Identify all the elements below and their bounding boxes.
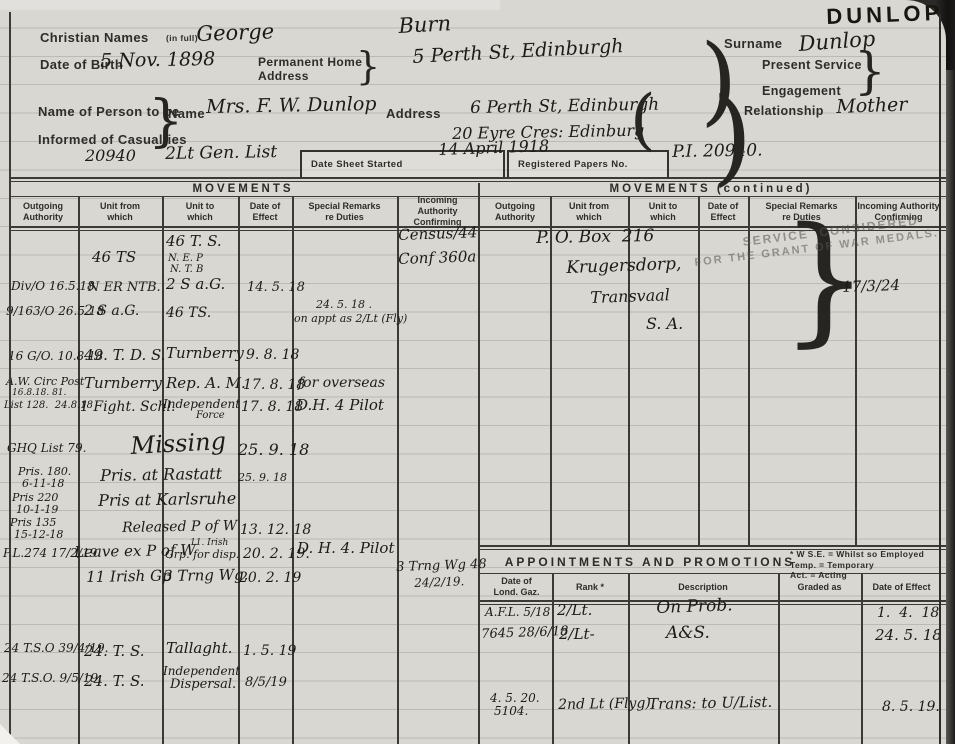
relationship-label: Relationship	[744, 104, 824, 119]
handwritten-entry: 46 TS.	[166, 306, 211, 320]
col-unit-to: Unit to which	[162, 197, 238, 226]
handwritten-entry: Released P of W	[122, 519, 237, 535]
handwritten-entry: 20. 2. 19	[239, 571, 301, 585]
handwritten-entry: Force	[196, 411, 225, 421]
handwritten-entry: N. E. P	[168, 254, 203, 264]
table-divider	[628, 197, 630, 545]
handwritten-entry: 6-11-18	[22, 478, 64, 489]
handwritten-entry: 9. 8. 18	[246, 348, 299, 362]
col-date-lond-gaz: Date of Lond. Gaz.	[481, 574, 552, 600]
handwritten-entry: 2 S a.G.	[84, 304, 139, 318]
handwritten-entry: 17. 8. 18	[241, 400, 303, 414]
record-card: Christian Names (in full) Date of Birth …	[0, 0, 946, 744]
handwritten-entry: N. T. B	[170, 265, 203, 275]
handwritten-entry: Conf 360a	[398, 249, 477, 267]
handwritten-entry: for overseas	[298, 376, 385, 390]
col-unit-from: Unit from which	[550, 197, 628, 226]
handwritten-entry: P. O. Box 216	[536, 228, 654, 247]
christian-names-suffix: (in full)	[166, 33, 198, 43]
handwritten-entry: Missing	[130, 429, 227, 458]
middle-name-value: Burn	[398, 13, 452, 37]
col-outgoing-authority: Outgoing Authority	[8, 197, 78, 226]
handwritten-entry: N ER NTB.	[88, 281, 161, 294]
handwritten-entry: 1. 4. 18	[877, 606, 939, 620]
handwritten-entry: Dispersal.	[170, 678, 236, 691]
table-divider	[778, 573, 780, 744]
handwritten-entry: Tallaght.	[166, 641, 232, 656]
table-divider	[552, 573, 554, 744]
handwritten-entry: GHQ List 79.	[7, 442, 86, 454]
handwritten-entry: 25. 9. 18	[238, 472, 287, 483]
handwritten-entry: 16.8.18. 81.	[12, 389, 66, 398]
movements-title: MOVEMENTS	[8, 183, 478, 195]
surname-block-caps: DUNLOP	[826, 2, 944, 28]
handwritten-entry: 4. 5. 20.	[490, 692, 540, 704]
rule	[480, 545, 946, 547]
nok-address-label: Address	[386, 106, 441, 122]
handwritten-entry: 17. 8. 18	[243, 378, 305, 392]
table-divider	[628, 573, 630, 744]
handwritten-entry: 8. 5. 19.	[882, 700, 940, 714]
handwritten-entry: 2/Lt-	[559, 627, 595, 642]
handwritten-entry: 5104.	[494, 705, 528, 717]
handwritten-entry: On Prob.	[656, 597, 733, 617]
handwritten-entry: Turnberry	[166, 346, 244, 361]
col-rank: Rank *	[552, 574, 628, 600]
handwritten-entry: Pris 135	[10, 517, 56, 528]
handwritten-entry: Independent	[163, 398, 240, 410]
handwritten-entry: on appt as 2/Lt (Fly)	[294, 313, 407, 324]
handwritten-entry: A&S.	[666, 625, 710, 642]
card-left-edge	[9, 12, 11, 744]
dob-value: 5 Nov. 1898	[100, 50, 215, 71]
center-divider	[478, 183, 480, 744]
table-divider	[861, 573, 863, 744]
handwritten-entry: Krugersdorp,	[566, 256, 682, 277]
handwritten-entry: 8/5/19	[245, 676, 287, 689]
handwritten-entry: 1 Fight. Schl.	[80, 400, 175, 414]
handwritten-entry: D. H. 4. Pilot	[297, 541, 394, 556]
date-sheet-started-value: 14 April 1918	[438, 138, 549, 158]
handwritten-entry: 24. T. S.	[84, 674, 144, 689]
handwritten-entry: Pris. 180.	[18, 466, 71, 477]
handwritten-entry: Rep. A. M.	[166, 376, 246, 391]
handwritten-entry: 24/2/19.	[414, 575, 464, 589]
christian-names-label: Christian Names	[40, 30, 149, 46]
handwritten-entry: 13. 12. 18	[240, 523, 311, 537]
rule	[9, 181, 946, 182]
table-divider	[698, 197, 700, 545]
handwritten-entry: 14. 5. 18	[247, 281, 305, 294]
handwritten-entry: Trans: to U/List.	[648, 695, 772, 712]
registered-papers-label: Registered Papers No.	[518, 159, 628, 170]
handwritten-entry: 1. 5. 19	[243, 644, 296, 658]
handwritten-entry: Turnberry	[84, 376, 162, 391]
col-special-remarks: Special Remarks re Duties	[292, 197, 397, 226]
permanent-home-address-label: Permanent Home Address	[258, 55, 362, 84]
handwritten-entry: 10-1-19	[16, 504, 58, 515]
col-incoming-authority: Incoming Authority Confirming	[397, 197, 478, 226]
present-service-label: Present Service	[762, 58, 862, 73]
handwritten-entry: 3 Trng Wg.	[163, 568, 249, 584]
handwritten-entry: 24. 5. 18 .	[316, 299, 372, 310]
handwritten-entry: D.H. 4 Pilot	[296, 398, 384, 413]
handwritten-entry: 7645 28/6/18	[481, 625, 569, 641]
handwritten-entry: Transvaal	[590, 287, 670, 306]
scan-light-strip	[0, 0, 500, 10]
handwritten-entry: Pris at Karlsruhe	[98, 491, 236, 509]
engagement-label: Engagement	[762, 84, 841, 99]
nok-brace: }	[148, 98, 184, 146]
handwritten-entry: 11 Irish Gp	[86, 569, 172, 585]
handwritten-entry: 11. Irish	[190, 539, 228, 548]
col-unit-to: Unit to which	[628, 197, 698, 226]
date-sheet-started-label: Date Sheet Started	[311, 159, 403, 170]
appointments-title: APPOINTMENTS AND PROMOTIONS	[500, 555, 800, 569]
col-date-of-effect: Date of Effect	[238, 197, 292, 226]
handwritten-entry: S. A.	[646, 316, 683, 332]
col-unit-from: Unit from which	[78, 197, 162, 226]
handwritten-entry: 15-12-18	[14, 529, 63, 540]
handwritten-entry: Census/44	[398, 225, 478, 243]
handwritten-entry: 46 TS	[92, 250, 136, 265]
handwritten-entry: A.F.L. 5/18	[485, 606, 550, 618]
card-right-edge	[939, 14, 941, 744]
pen-flourish-lower: )	[712, 92, 753, 180]
nok-name-value: Mrs. F. W. Dunlop	[206, 95, 377, 117]
col-graded-as: Graded as	[778, 574, 861, 600]
table-divider	[550, 197, 552, 545]
rule	[9, 177, 946, 179]
movements-continued-title: MOVEMENTS (continued)	[480, 183, 942, 195]
handwritten-entry: 2nd Lt (Flyg).	[558, 696, 655, 712]
nok-address-brace: (	[630, 92, 656, 148]
handwritten-entry: Pris. at Rastatt	[100, 466, 222, 484]
handwritten-entry: 25. 9. 18	[238, 442, 309, 458]
handwritten-entry: 24. T. S.	[84, 644, 144, 659]
home-address-brace: }	[356, 50, 380, 82]
table-divider	[397, 197, 399, 744]
stamp-date: 17/3/24	[842, 278, 900, 295]
handwritten-entry: 49. T. D. S.	[84, 348, 166, 363]
handwritten-entry: 2 S a.G.	[166, 277, 225, 292]
service-number: 20940	[85, 148, 136, 164]
handwritten-entry: 24. 5. 18	[875, 628, 942, 643]
handwritten-entry: Independent	[163, 665, 240, 677]
service-engagement-brace: }	[854, 50, 886, 93]
handwritten-entry: A.W. Circ Post	[6, 376, 84, 387]
col-date-of-effect: Date of Effect	[698, 197, 748, 226]
handwritten-entry: Div/O 16.5.18	[11, 280, 95, 292]
handwritten-entry: 46 T. S.	[166, 234, 222, 249]
handwritten-entry: 3 Trng Wg 48	[396, 558, 487, 574]
handwritten-entry: Pris 220	[12, 492, 58, 503]
handwritten-entry: 2/Lt.	[557, 603, 592, 618]
col-date-of-effect: Date of Effect	[861, 574, 942, 600]
christian-name-value: George	[196, 21, 274, 45]
col-outgoing-authority: Outgoing Authority	[480, 197, 550, 226]
handwritten-entry: Grp. for disp.	[165, 549, 239, 560]
scan-corner-wedge	[0, 724, 20, 744]
home-address-value: 5 Perth St, Edinburgh	[412, 37, 624, 67]
record-card-screenshot: Christian Names (in full) Date of Birth …	[0, 0, 955, 744]
